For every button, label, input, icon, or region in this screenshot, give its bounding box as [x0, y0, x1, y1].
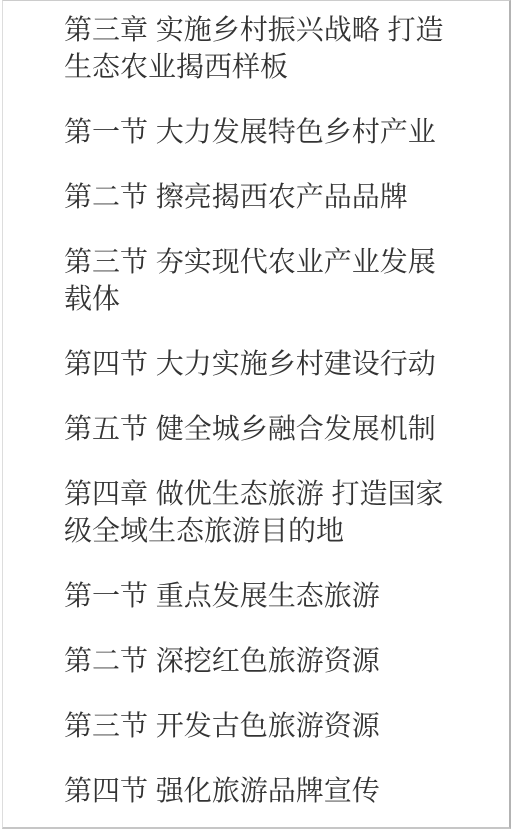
toc-section-3-2: 第二节 擦亮揭西农产品品牌 [64, 178, 450, 215]
document-page: 第三章 实施乡村振兴战略 打造生态农业揭西样板 第一节 大力发展特色乡村产业 第… [2, 0, 511, 829]
toc-section-4-2: 第二节 深挖红色旅游资源 [64, 642, 450, 679]
toc-chapter-3: 第三章 实施乡村振兴战略 打造生态农业揭西样板 [64, 11, 450, 85]
toc-chapter-4: 第四章 做优生态旅游 打造国家级全域生态旅游目的地 [64, 475, 450, 549]
toc-section-4-1: 第一节 重点发展生态旅游 [64, 577, 450, 614]
toc-section-3-4: 第四节 大力实施乡村建设行动 [64, 345, 450, 382]
toc-section-4-4: 第四节 强化旅游品牌宣传 [64, 772, 450, 809]
table-of-contents: 第三章 实施乡村振兴战略 打造生态农业揭西样板 第一节 大力发展特色乡村产业 第… [3, 1, 450, 809]
toc-section-3-5: 第五节 健全城乡融合发展机制 [64, 410, 450, 447]
toc-section-3-3: 第三节 夯实现代农业产业发展载体 [64, 243, 450, 317]
toc-section-4-3: 第三节 开发古色旅游资源 [64, 707, 450, 744]
toc-section-3-1: 第一节 大力发展特色乡村产业 [64, 113, 450, 150]
